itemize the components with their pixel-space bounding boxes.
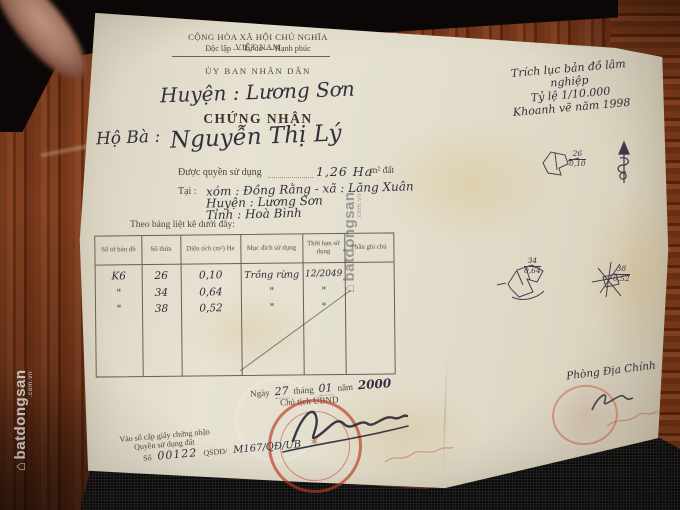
grant-label: Được quyền sử dụng (178, 167, 262, 178)
word-ngay: Ngày (250, 388, 270, 399)
table-row: K6 26 0,10 Trồng rừng 12/2049 (96, 265, 394, 284)
cell: " (241, 299, 303, 316)
cell: " (303, 299, 345, 315)
parcel-area: 0,64 (524, 266, 541, 275)
registry-form: QSDĐ/ (203, 447, 228, 458)
table-row: " 38 0,52 " " (96, 298, 394, 317)
cell: K6 (96, 268, 142, 284)
cell (345, 265, 394, 282)
parcel-area: 0,52 (613, 274, 630, 283)
table-header-row: Số tờ bản đồ Số thửa Diện tích (m²) Ha M… (95, 233, 393, 265)
col-header: Số tờ bản đồ (95, 236, 141, 264)
sketch-label-3: 38 0,52 (613, 265, 630, 283)
sketch-label-1: 26 0,10 (569, 150, 586, 168)
cell: 26 (142, 268, 181, 284)
cell: 0,10 (181, 267, 241, 284)
cell: " (303, 283, 345, 299)
col-header: Diện tích (m²) Ha (180, 235, 240, 264)
cell: 0,64 (181, 284, 241, 301)
word-thang: tháng (293, 385, 314, 396)
cell: " (96, 301, 142, 317)
cell (345, 298, 394, 315)
cell: 34 (142, 285, 181, 301)
so-label: Số (143, 453, 152, 463)
location-label: Tại : (178, 186, 197, 197)
cell (345, 282, 394, 299)
parcel-table: Số tờ bản đồ Số thửa Diện tích (m²) Ha M… (94, 232, 395, 377)
col-header: Số thửa (141, 236, 180, 264)
cell: 38 (142, 301, 181, 317)
grant-unit: m² đất (370, 166, 394, 176)
parcel-area: 0,10 (569, 159, 586, 168)
year-handwritten: 2000 (357, 376, 391, 392)
grantee-label: Hộ Bà : (96, 127, 161, 150)
cell: 12/2049 (303, 266, 345, 282)
header-rule (172, 56, 330, 57)
sketch-label-2: 34 0,64 (524, 257, 541, 275)
national-motto: Độc lập — Tự do — Hạnh phúc (178, 44, 338, 53)
col-header: Phần ghi chú (344, 233, 393, 262)
dotted-blank (268, 177, 313, 178)
cell: " (96, 285, 142, 301)
issuing-committee: ỦY BAN NHÂN DÂN (178, 66, 338, 76)
table-intro: Theo bảng liệt kê dưới đây: (130, 220, 235, 230)
cell: 0,52 (181, 300, 241, 317)
grant-area-handwritten: 1,26 Ha (316, 164, 373, 179)
cell: Trồng rừng (241, 266, 303, 283)
word-nam: năm (337, 382, 353, 393)
photo-of-land-certificate: CỘNG HÒA XÃ HỘI CHỦ NGHĨA VIỆT NAM Độc l… (0, 0, 680, 510)
col-header: Mục đích sử dụng (240, 234, 302, 263)
cell: " (241, 283, 303, 300)
col-header: Thời hạn sử dụng (302, 234, 344, 262)
